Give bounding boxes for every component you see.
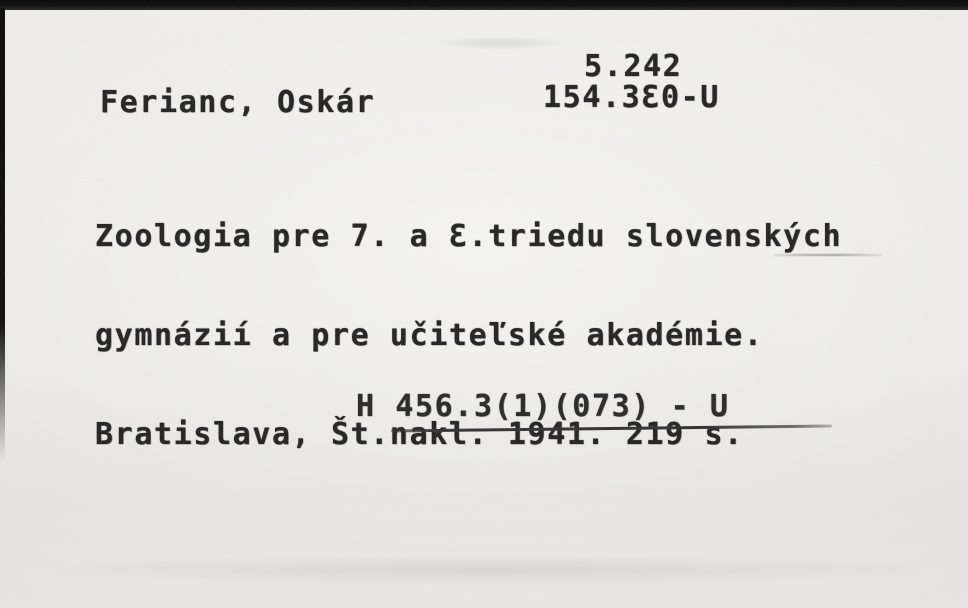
scan-edge-top <box>0 0 968 10</box>
classification-number: H 456.3(1)(073) - U <box>356 390 730 423</box>
faint-pencil-line <box>774 254 882 256</box>
paper-smudge <box>430 36 570 50</box>
accession-number: 5.242 <box>584 50 682 83</box>
author-heading: Ferianc, Oskár <box>100 86 375 119</box>
title-imprint-block: Zoologia pre 7. a Ɛ.triedu slovenských g… <box>95 154 842 517</box>
title-line-2: gymnázií a pre učiteľské akadémie. <box>95 319 842 352</box>
title-line-1: Zoologia pre 7. a Ɛ.triedu slovenských <box>95 220 842 253</box>
paper-smudge <box>60 556 920 584</box>
catalog-card-scan: 5.242 154.3Ɛ0-U Ferianc, Oskár Zoologia … <box>0 0 968 608</box>
shelf-mark: 154.3Ɛ0-U <box>543 81 720 114</box>
scan-edge-left <box>0 8 5 460</box>
